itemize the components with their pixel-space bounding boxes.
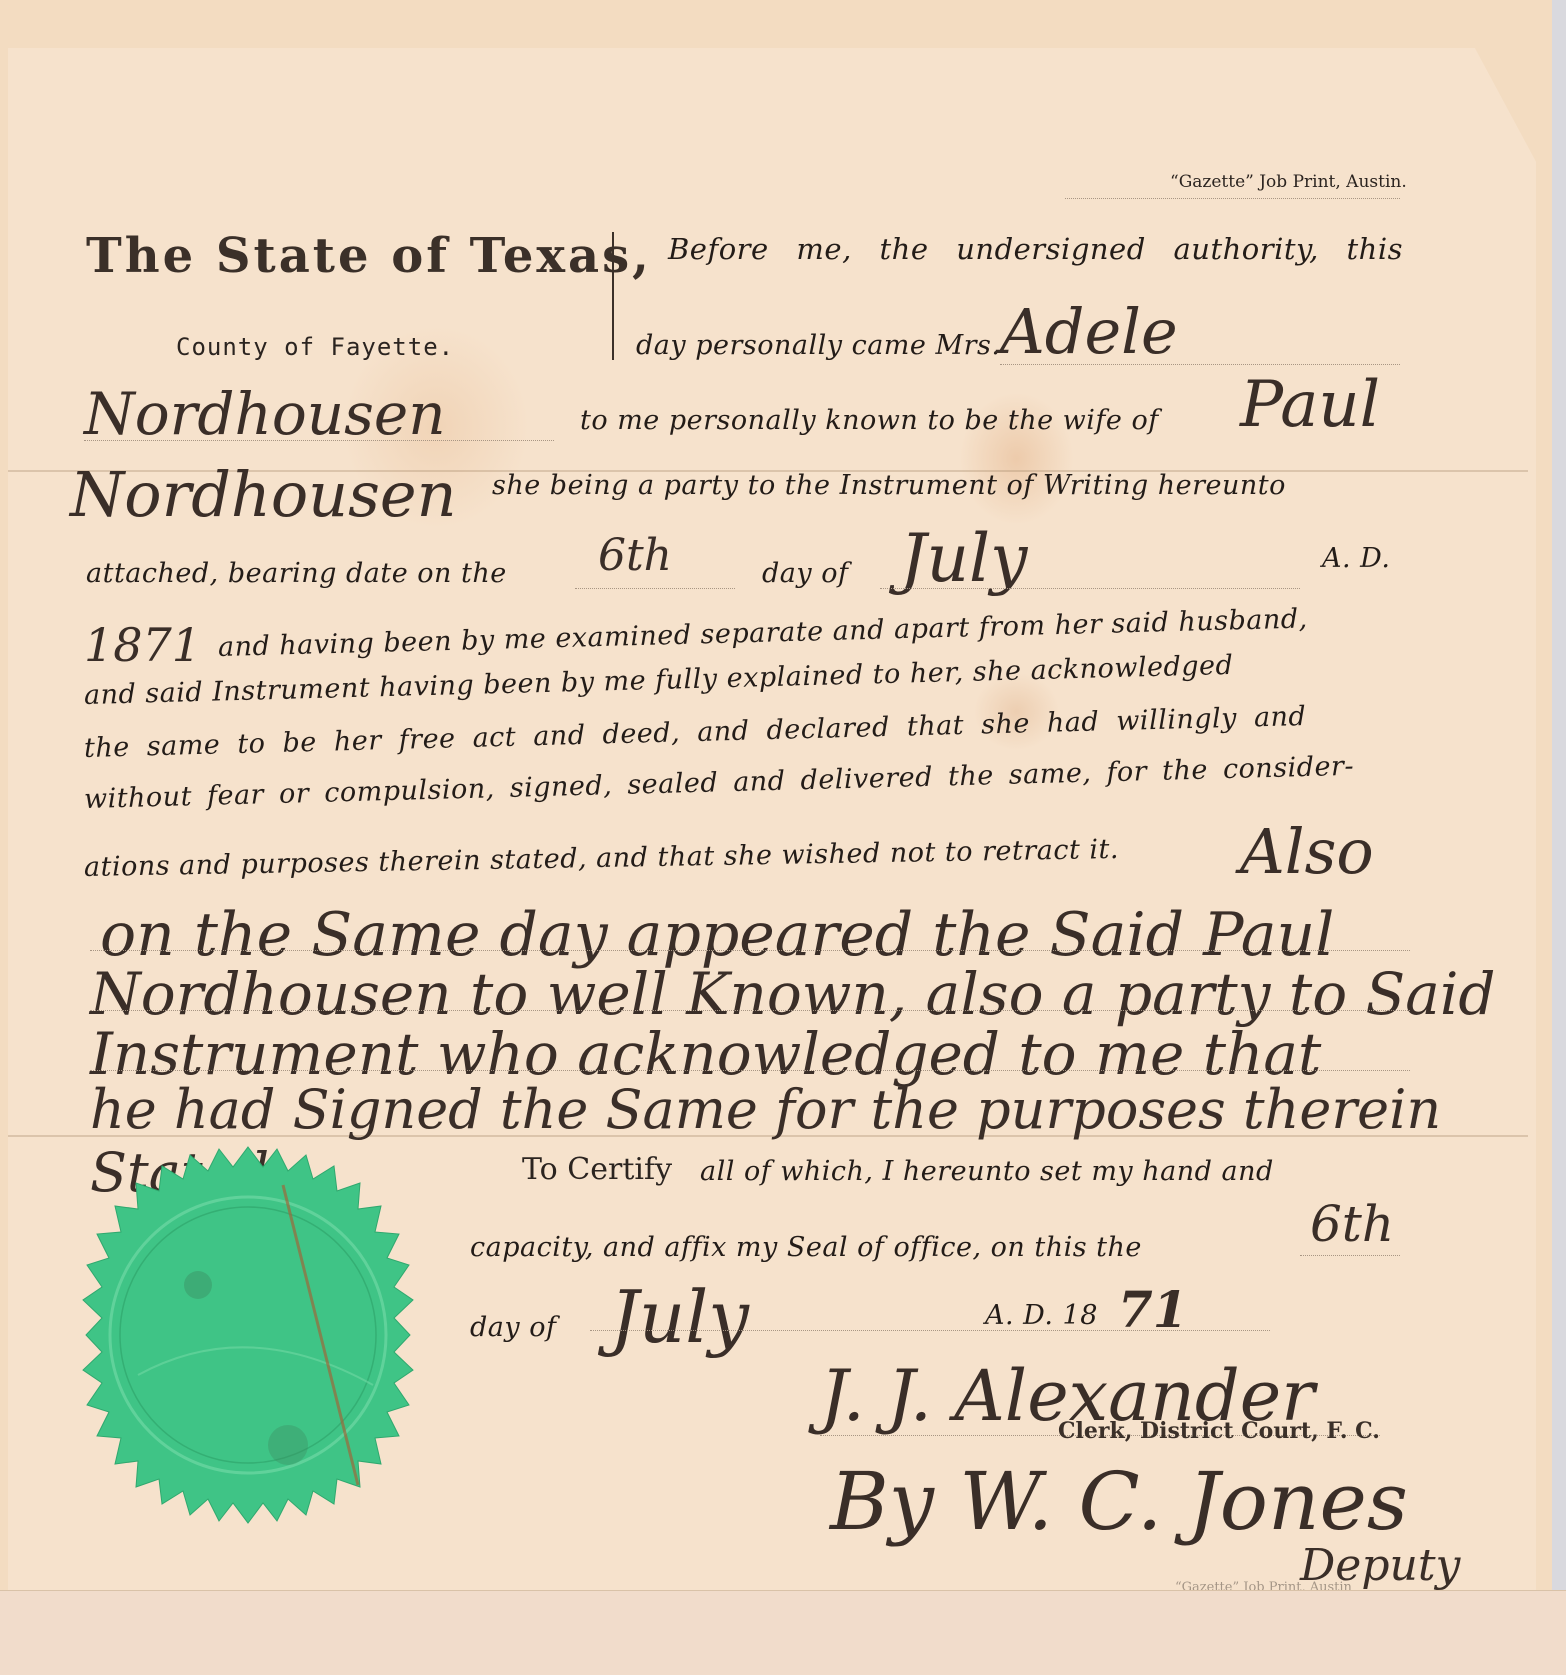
certify-day-of: day of <box>470 1312 556 1343</box>
fill-rule <box>880 588 1300 589</box>
fill-rule <box>90 1010 1410 1011</box>
fill-rule <box>575 588 735 589</box>
imprint-rule <box>1065 198 1400 199</box>
certify-line-1: all of which, I hereunto set my hand and <box>700 1156 1274 1187</box>
certify-ad: A. D. 18 <box>985 1300 1098 1331</box>
notary-seal-icon <box>58 1145 438 1525</box>
printed-ad: A. D. <box>1322 543 1390 574</box>
handwritten-also: Also <box>1240 815 1374 888</box>
printed-line-4: she being a party to the Instrument of W… <box>492 470 1286 501</box>
handwritten-husband-surname: Nordhousen <box>70 458 457 531</box>
deputy-signature: By W. C. Jones <box>830 1455 1408 1548</box>
certify-day: 6th <box>1310 1195 1394 1253</box>
header-title: The State of Texas, <box>86 228 652 284</box>
handwritten-month: July <box>900 520 1027 597</box>
certify-year: 71 <box>1118 1280 1188 1339</box>
fill-rule <box>1000 364 1400 365</box>
printed-line-1: Before me, the undersigned authority, th… <box>668 232 1403 266</box>
certify-heading: To Certify <box>522 1152 672 1187</box>
printed-line-5a: attached, bearing date on the <box>86 558 507 589</box>
certify-line-2: capacity, and affix my Seal of office, o… <box>470 1232 1142 1263</box>
folded-bottom-edge <box>0 1590 1566 1675</box>
fill-rule <box>90 950 1410 951</box>
certify-month: July <box>610 1275 749 1359</box>
header-brace <box>612 232 614 360</box>
handwritten-day: 6th <box>598 530 672 581</box>
printed-line-3: to me personally known to be the wife of <box>580 405 1159 436</box>
handwritten-husband-name: Paul <box>1240 368 1380 442</box>
scan-edge <box>1552 0 1566 1675</box>
clerk-title: Clerk, District Court, F. C. <box>1058 1418 1380 1444</box>
fill-rule <box>90 1070 1410 1071</box>
fill-rule <box>84 440 554 441</box>
printer-imprint: “Gazette” Job Print, Austin. <box>1170 172 1407 192</box>
county-label: County of Fayette. <box>176 333 454 361</box>
addendum-line-2: Nordhousen to well Known, also a party t… <box>90 960 1496 1028</box>
printed-line-5b: day of <box>762 558 848 589</box>
handwritten-year: 1871 <box>84 618 201 672</box>
printed-line-2: day personally came Mrs. <box>636 330 1000 361</box>
handwritten-surname: Nordhousen <box>84 380 446 448</box>
fill-rule <box>1300 1255 1400 1256</box>
handwritten-first-name: Adele <box>1000 295 1178 368</box>
